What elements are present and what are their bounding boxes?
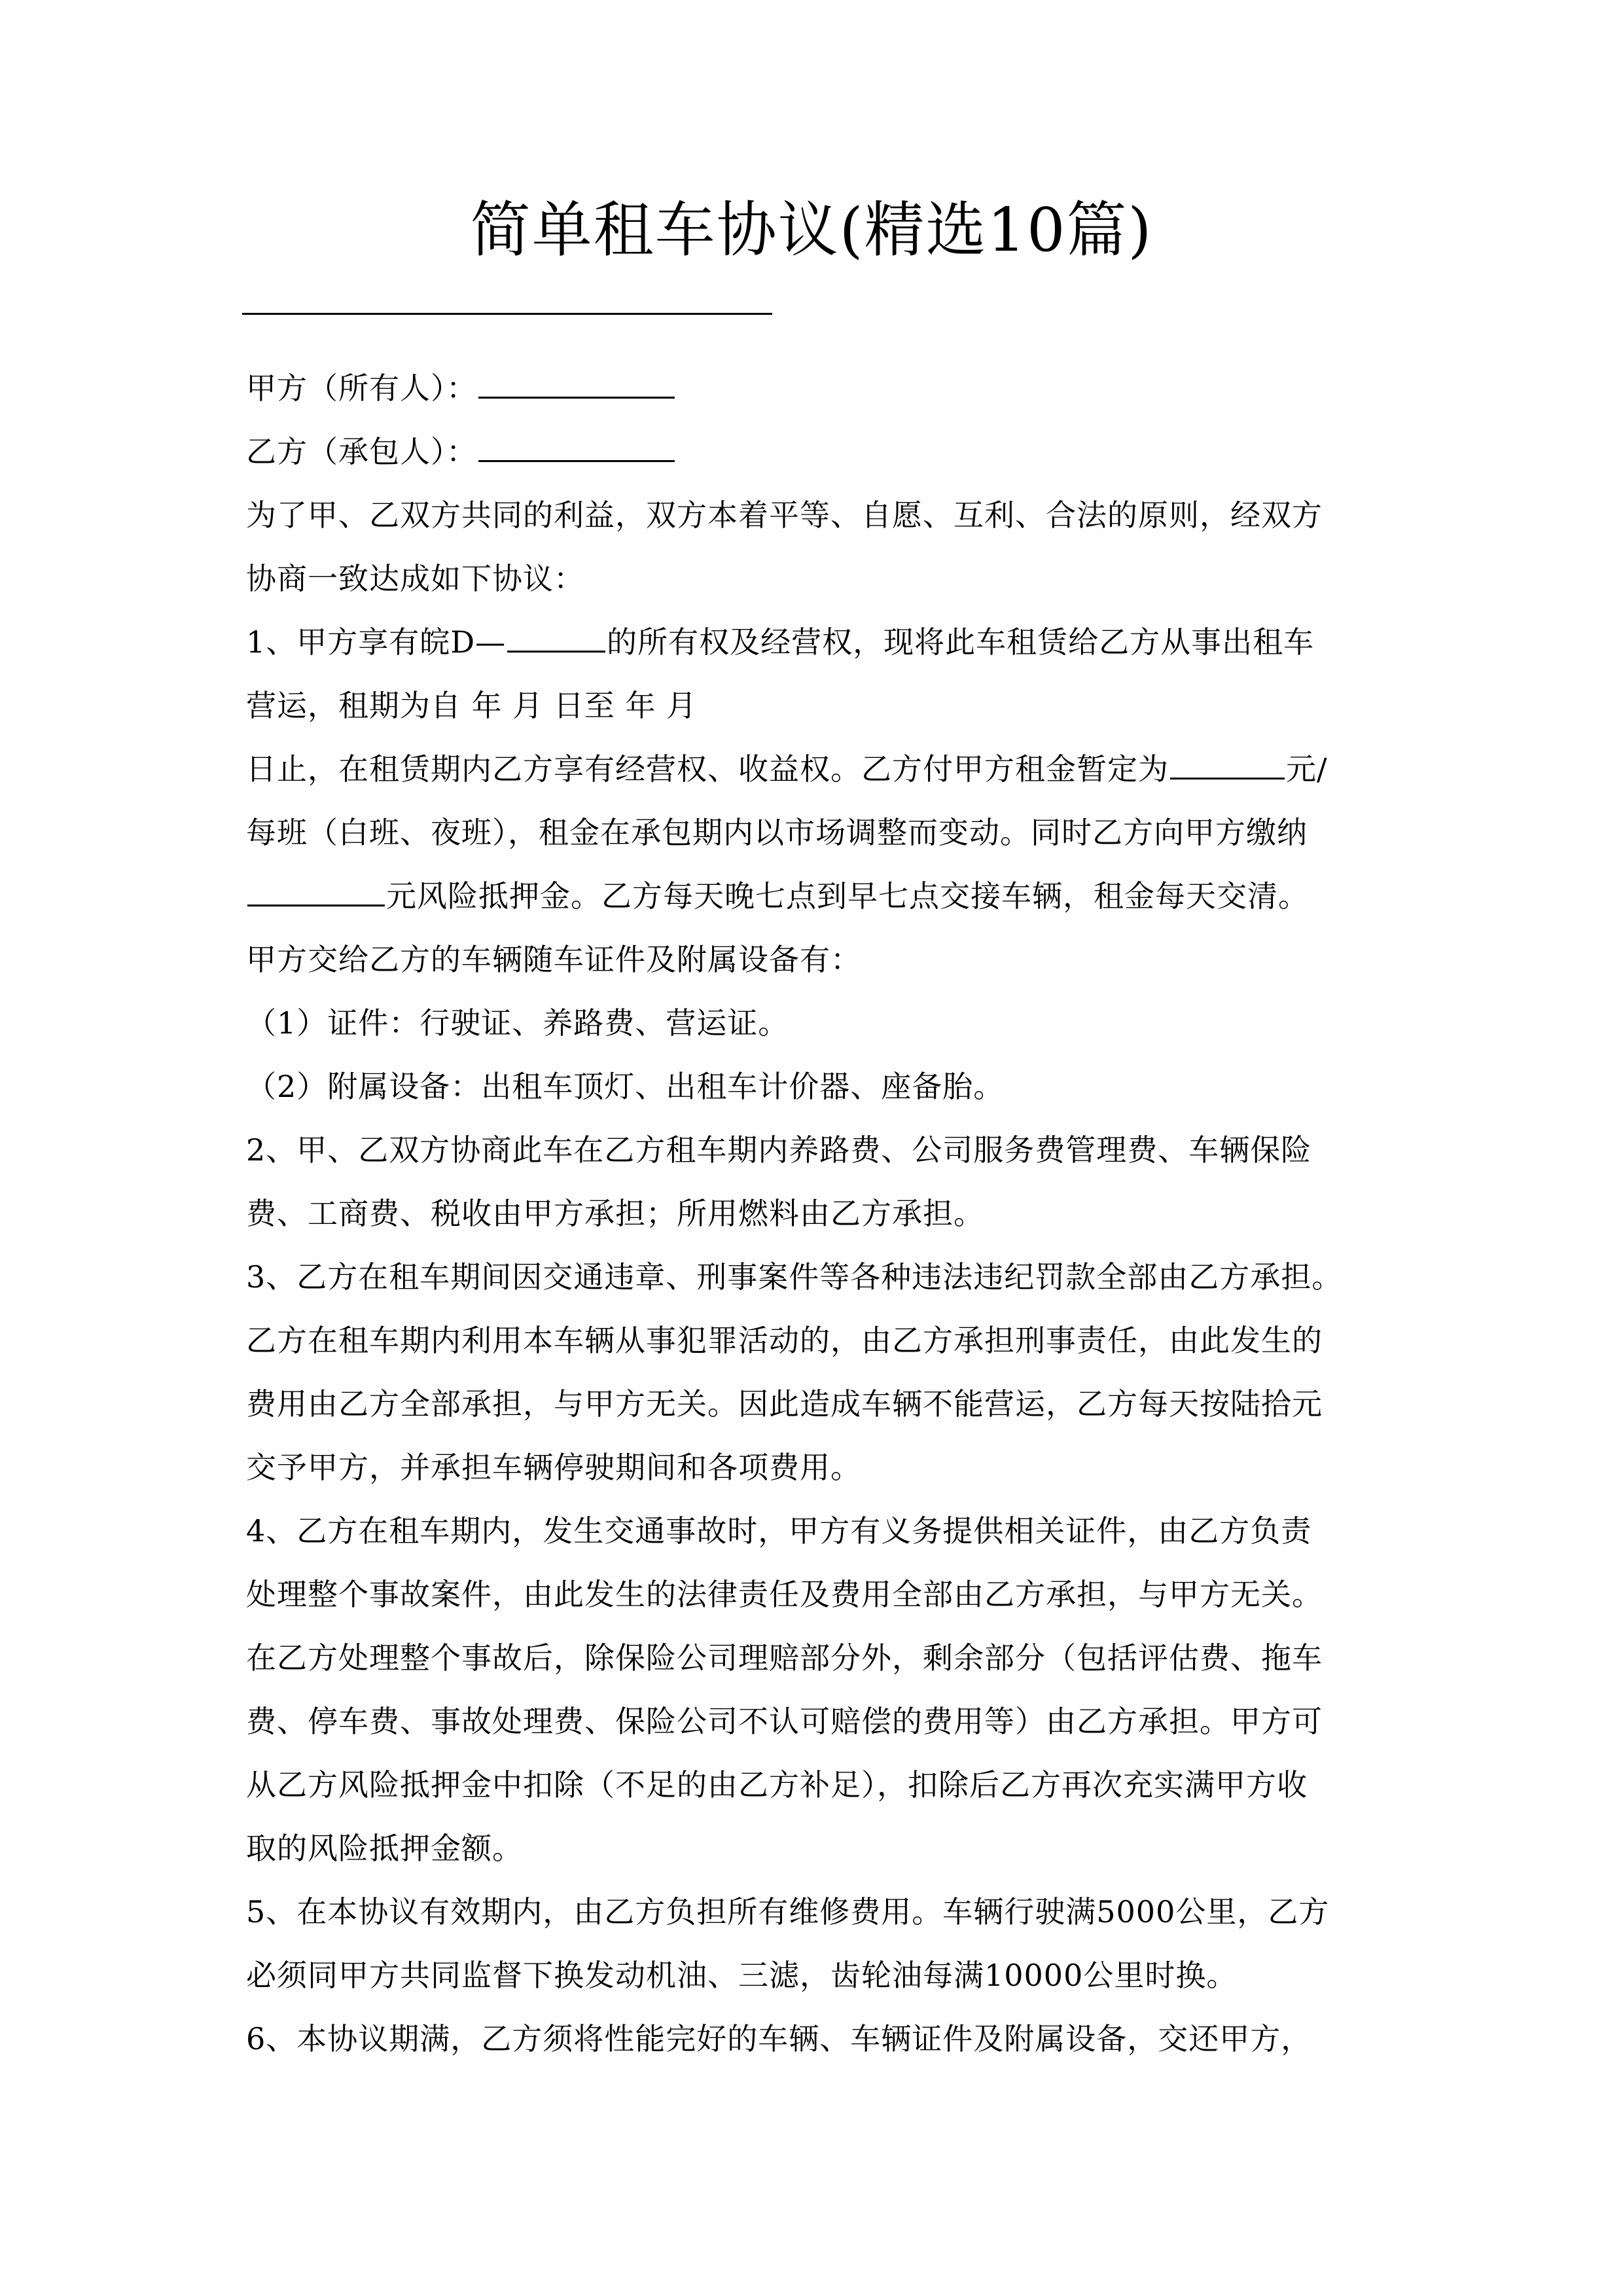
clause1-text: 的所有权及经营权，现将此车租赁给乙方从事出租车 [607,624,1314,660]
clause3-line: 3、乙方在租车期间因交通违章、刑事案件等各种违法违纪罚款全部由乙方承担。 [246,1246,1411,1309]
clause1-text: 日止，在租赁期内乙方享有经营权、收益权。乙方付甲方租金暂定为 [246,751,1169,787]
intro-line: 协商一致达成如下协议： [246,547,1411,611]
clause1-item: （2）附属设备：出租车顶灯、出租车计价器、座备胎。 [246,1055,1411,1119]
intro-line: 为了甲、乙双方共同的利益，双方本着平等、自愿、互利、合法的原则，经双方 [246,484,1411,547]
clause1-text: 元风险抵押金。乙方每天晚七点到早七点交接车辆，租金每天交清。 [386,878,1309,914]
party-b-line: 乙方（承包人）： [246,420,1411,484]
clause5-line: 必须同甲方共同监督下换发动机油、三滤，齿轮油每满10000公里时换。 [246,1944,1411,2007]
clause1-item: （1）证件：行驶证、养路费、营运证。 [246,992,1411,1055]
document-title: 简单租车协议(精选10篇) [0,191,1623,270]
clause3-line: 交予甲方，并承担车辆停驶期间和各项费用。 [246,1436,1411,1499]
clause2-line: 费、工商费、税收由甲方承担；所用燃料由乙方承担。 [246,1182,1411,1246]
clause4-line: 处理整个事故案件，由此发生的法律责任及费用全部由乙方承担，与甲方无关。 [246,1563,1411,1626]
clause4-line: 4、乙方在租车期内，发生交通事故时，甲方有义务提供相关证件，由乙方负责 [246,1499,1411,1563]
clause1-line: 营运，租期为自 年 月 日至 年 月 [246,674,1411,738]
title-divider [242,313,772,315]
clause1-text: 1、甲方享有皖D— [246,624,506,660]
clause4-line: 取的风险抵押金额。 [246,1817,1411,1880]
clause4-line: 从乙方风险抵押金中扣除（不足的由乙方补足），扣除后乙方再次充实满甲方收 [246,1753,1411,1817]
document-body: 甲方（所有人）： 乙方（承包人）： 为了甲、乙双方共同的利益，双方本着平等、自愿… [246,357,1411,2071]
party-a-blank [478,368,675,399]
rent-amount-blank [1170,749,1285,780]
clause1-line: 1、甲方享有皖D—的所有权及经营权，现将此车租赁给乙方从事出租车 [246,611,1411,674]
document-page: 简单租车协议(精选10篇) 甲方（所有人）： 乙方（承包人）： 为了甲、乙双方共… [0,0,1623,2296]
plate-number-blank [507,622,605,653]
clause1-line: 每班（白班、夜班），租金在承包期内以市场调整而变动。同时乙方向甲方缴纳 [246,801,1411,865]
clause1-text: 元/ [1286,751,1328,787]
clause1-line: 甲方交给乙方的车辆随车证件及附属设备有： [246,928,1411,992]
clause2-line: 2、甲、乙双方协商此车在乙方租车期内养路费、公司服务费管理费、车辆保险 [246,1119,1411,1182]
clause6-line: 6、本协议期满，乙方须将性能完好的车辆、车辆证件及附属设备，交还甲方， [246,2007,1411,2071]
party-a-label: 甲方（所有人）： [246,370,477,406]
party-b-blank [478,431,675,462]
deposit-amount-blank [247,876,385,906]
clause1-line: 元风险抵押金。乙方每天晚七点到早七点交接车辆，租金每天交清。 [246,865,1411,928]
clause3-line: 乙方在租车期内利用本车辆从事犯罪活动的，由乙方承担刑事责任，由此发生的 [246,1309,1411,1372]
party-b-label: 乙方（承包人）： [246,434,477,469]
clause3-line: 费用由乙方全部承担，与甲方无关。因此造成车辆不能营运，乙方每天按陆拾元 [246,1372,1411,1436]
clause4-line: 费、停车费、事故处理费、保险公司不认可赔偿的费用等）由乙方承担。甲方可 [246,1690,1411,1753]
clause4-line: 在乙方处理整个事故后，除保险公司理赔部分外，剩余部分（包括评估费、拖车 [246,1626,1411,1690]
clause1-line: 日止，在租赁期内乙方享有经营权、收益权。乙方付甲方租金暂定为元/ [246,738,1411,801]
clause5-line: 5、在本协议有效期内，由乙方负担所有维修费用。车辆行驶满5000公里，乙方 [246,1880,1411,1944]
party-a-line: 甲方（所有人）： [246,357,1411,420]
